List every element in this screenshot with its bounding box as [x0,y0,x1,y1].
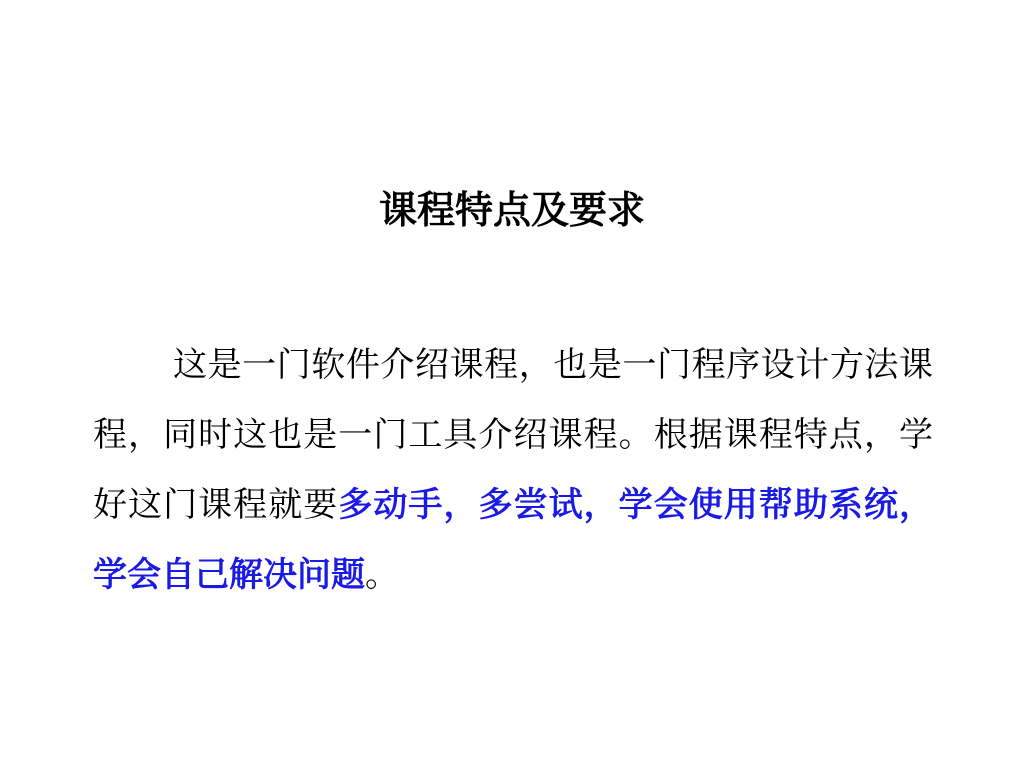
slide-title: 课程特点及要求 [0,184,1024,236]
body-paragraph: 这是一门软件介绍课程，也是一门程序设计方法课程，同时这也是一门工具介绍课程。根据… [93,330,933,610]
body-text-end: 。 [365,555,399,595]
slide: 课程特点及要求 这是一门软件介绍课程，也是一门程序设计方法课程，同时这也是一门工… [0,0,1024,768]
